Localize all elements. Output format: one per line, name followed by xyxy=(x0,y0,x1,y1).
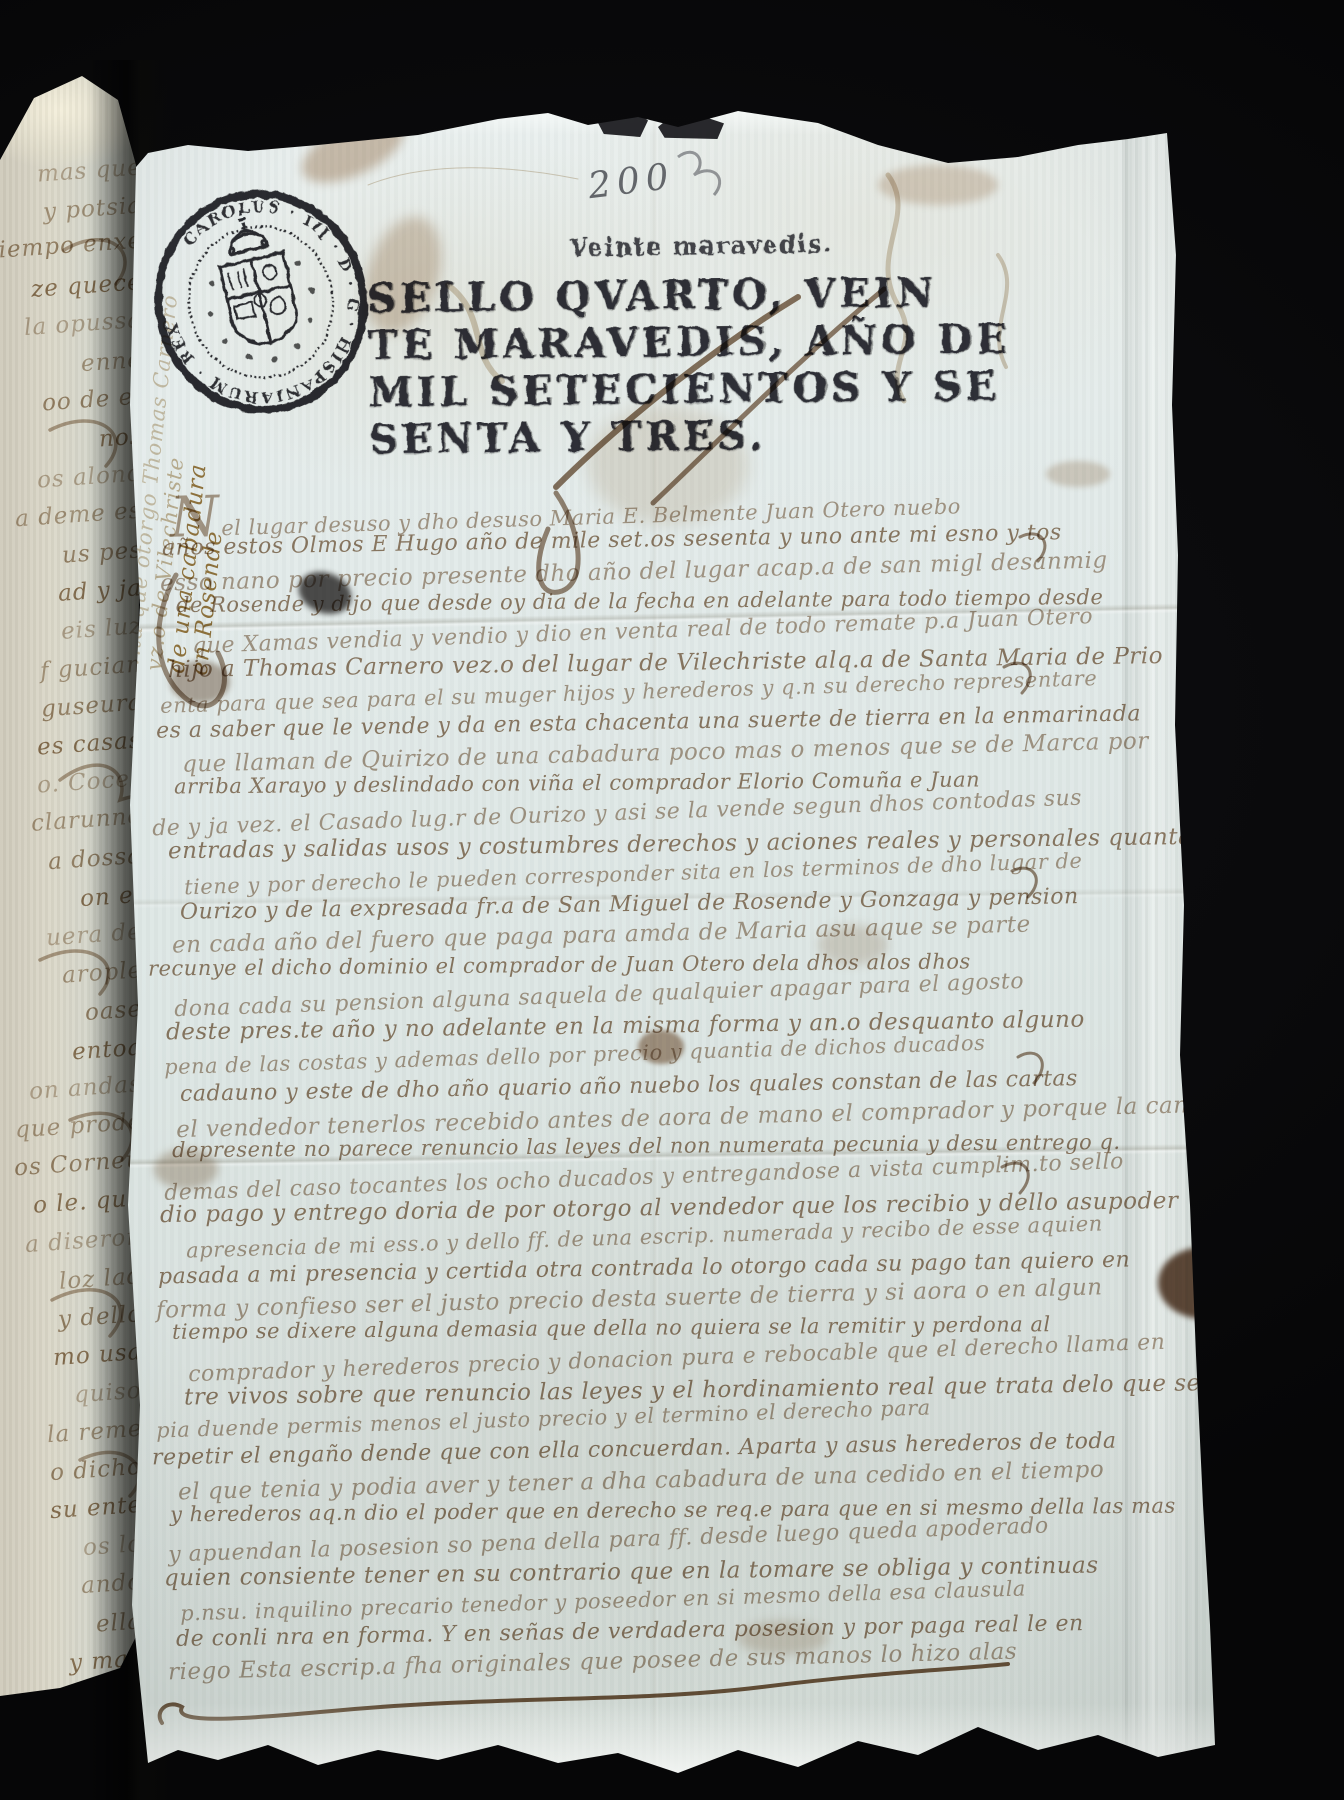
manuscript-body: Nel lugar desuso y dho desuso Maria E. B… xyxy=(118,105,1223,1780)
photo-background: mas quey potsiael tiempo enxeze quecela … xyxy=(0,0,1344,1800)
torn-bottom-edge xyxy=(118,1703,1223,1773)
document-page: 200 Veinte maravedis. SELLO QVARTO, VEIN… xyxy=(118,105,1223,1780)
